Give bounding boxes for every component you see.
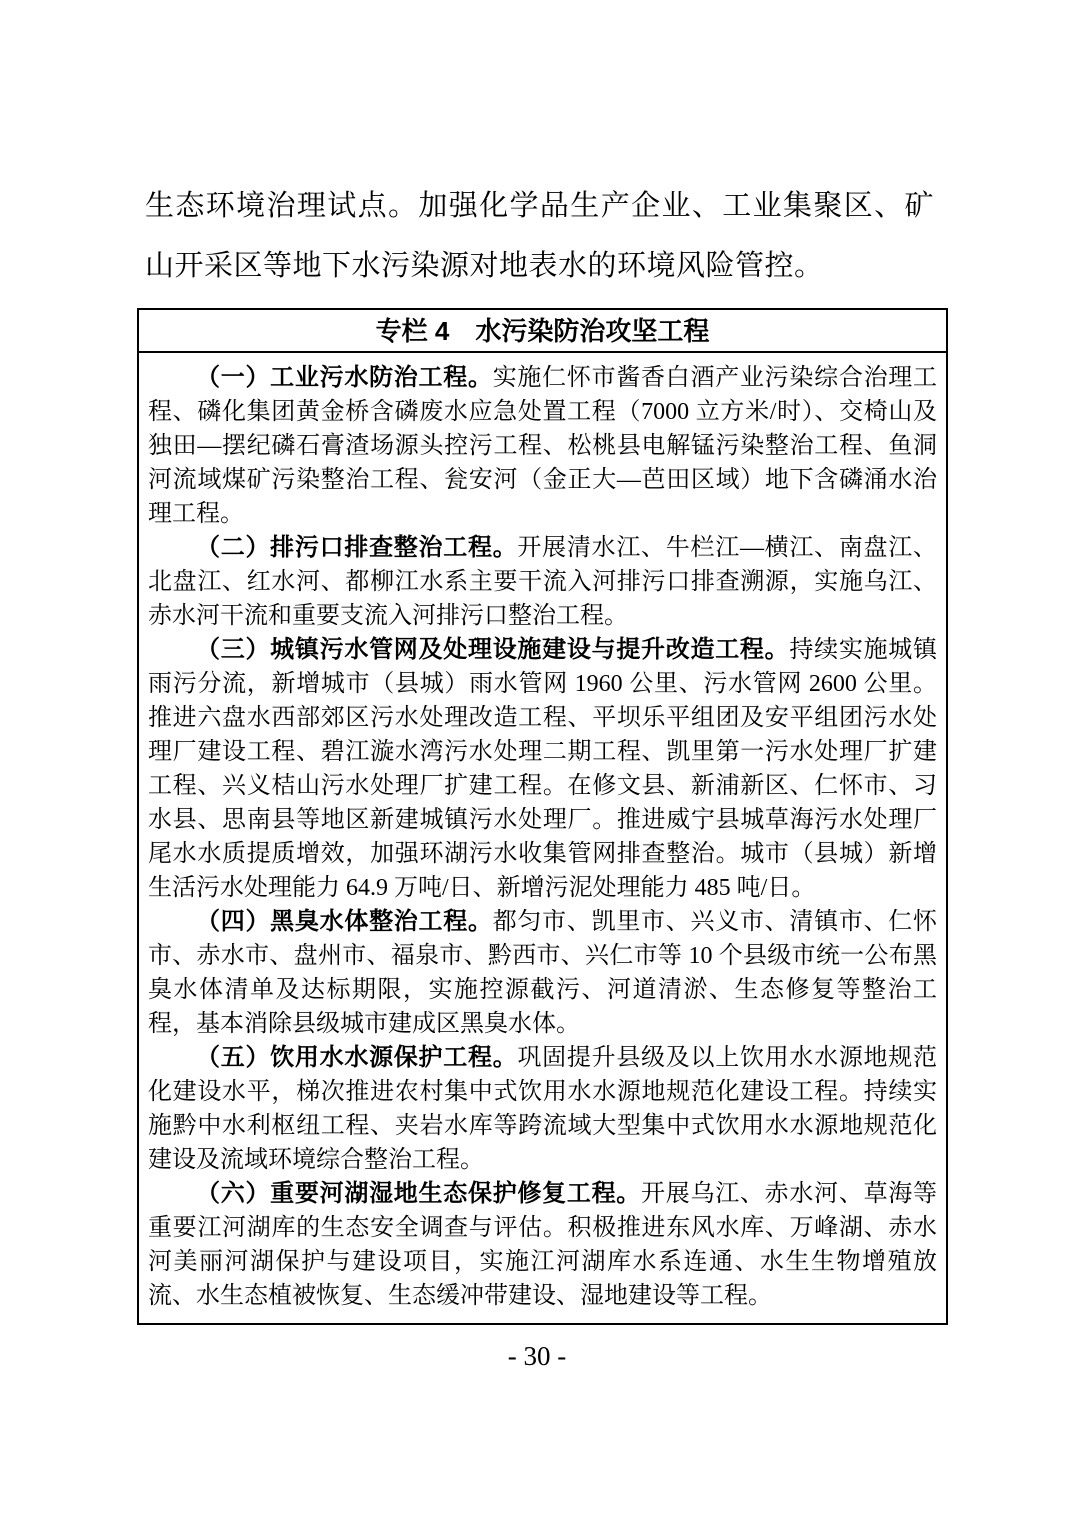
section-1-heading: （一）工业污水防治工程。 — [196, 364, 493, 391]
section-3-body: 持续实施城镇雨污分流，新增城市（县城）雨水管网 1960 公里、污水管网 260… — [148, 637, 937, 901]
section-6-heading: （六）重要河湖湿地生态保护修复工程。 — [196, 1180, 641, 1207]
section-5-paragraph: （五）饮用水水源保护工程。巩固提升县级及以上饮用水水源地规范化建设水平，梯次推进… — [148, 1041, 937, 1177]
top-paragraph: 生态环境治理试点。加强化学品生产企业、工业集聚区、矿山开采区等地下水污染源对地表… — [145, 176, 934, 296]
box-body: （一）工业污水防治工程。实施仁怀市酱香白酒产业污染综合治理工程、磷化集团黄金桥含… — [139, 353, 946, 1323]
section-2-paragraph: （二）排污口排查整治工程。开展清水江、牛栏江—横江、南盘江、北盘江、红水河、都柳… — [148, 531, 937, 633]
section-1-paragraph: （一）工业污水防治工程。实施仁怀市酱香白酒产业污染综合治理工程、磷化集团黄金桥含… — [148, 361, 937, 531]
section-6-paragraph: （六）重要河湖湿地生态保护修复工程。开展乌江、赤水河、草海等重要江河湖库的生态安… — [148, 1177, 937, 1313]
section-2-heading: （二）排污口排查整治工程。 — [196, 534, 517, 561]
section-4-heading: （四）黑臭水体整治工程。 — [196, 908, 493, 935]
section-3-heading: （三）城镇污水管网及处理设施建设与提升改造工程。 — [196, 636, 789, 663]
column-box: 专栏 4 水污染防治攻坚工程 （一）工业污水防治工程。实施仁怀市酱香白酒产业污染… — [137, 308, 948, 1325]
document-page: 生态环境治理试点。加强化学品生产企业、工业集聚区、矿山开采区等地下水污染源对地表… — [0, 176, 1074, 1373]
section-3-paragraph: （三）城镇污水管网及处理设施建设与提升改造工程。持续实施城镇雨污分流，新增城市（… — [148, 633, 937, 905]
section-5-heading: （五）饮用水水源保护工程。 — [196, 1044, 517, 1071]
section-4-paragraph: （四）黑臭水体整治工程。都匀市、凯里市、兴义市、清镇市、仁怀市、赤水市、盘州市、… — [148, 905, 937, 1041]
box-title: 专栏 4 水污染防治攻坚工程 — [139, 310, 946, 353]
page-number: - 30 - — [0, 1339, 1074, 1373]
